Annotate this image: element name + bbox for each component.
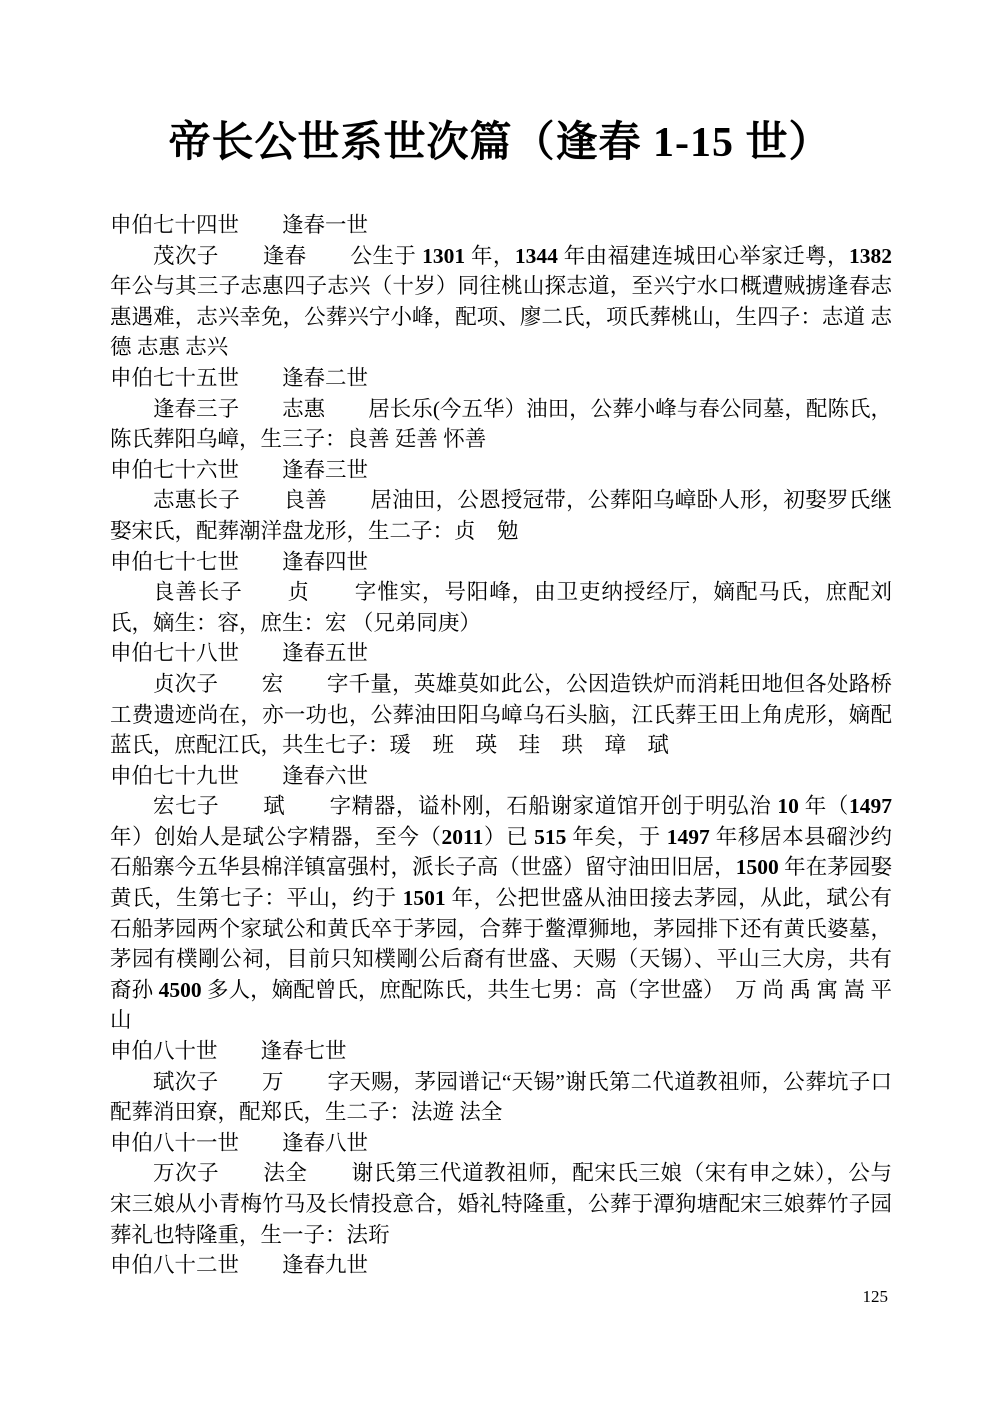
generation-entry: 逢春三子 志惠 居长乐(今五华）油田，公葬小峰与春公同墓，配陈氏，陈氏葬阳乌嶂，… bbox=[110, 394, 892, 455]
generation-entry: 贞次子 宏 字千量，英雄莫如此公，公因造铁炉而消耗田地但各处路桥工费遗迹尚在，亦… bbox=[110, 669, 892, 761]
generation-entry: 志惠长子 良善 居油田，公恩授冠带，公葬阳乌嶂卧人形，初娶罗氏继娶宋氏，配葬潮洋… bbox=[110, 485, 892, 546]
generation-heading: 申伯八十二世 逢春九世 bbox=[110, 1250, 892, 1281]
generation-heading: 申伯七十九世 逢春六世 bbox=[110, 761, 892, 792]
generation-entry: 茂次子 逢春 公生于 1301 年，1344 年由福建连城田心举家迁粤，1382… bbox=[110, 241, 892, 363]
generation-heading: 申伯七十五世 逢春二世 bbox=[110, 363, 892, 394]
page-number: 125 bbox=[863, 1288, 889, 1305]
generation-entry: 宏七子 珷 字精器，谥朴刚，石船谢家道馆开创于明弘治 10 年（1497 年）创… bbox=[110, 791, 892, 1036]
generation-entry: 珷次子 万 字天赐，茅园谱记“天锡”谢氏第二代道教祖师，公葬坑子口配葬消田寮，配… bbox=[110, 1067, 892, 1128]
generation-heading: 申伯七十七世 逢春四世 bbox=[110, 547, 892, 578]
generation-heading: 申伯八十一世 逢春八世 bbox=[110, 1128, 892, 1159]
generation-heading: 申伯八十世 逢春七世 bbox=[110, 1036, 892, 1067]
generation-heading: 申伯七十四世 逢春一世 bbox=[110, 210, 892, 241]
document-title: 帝长公世系世次篇（逢春 1-15 世） bbox=[0, 116, 1000, 171]
generation-entry: 万次子 法全 谢氏第三代道教祖师，配宋氏三娘（宋有申之妹），公与宋三娘从小青梅竹… bbox=[110, 1158, 892, 1250]
generation-heading: 申伯七十六世 逢春三世 bbox=[110, 455, 892, 486]
document-content: 申伯七十四世 逢春一世 茂次子 逢春 公生于 1301 年，1344 年由福建连… bbox=[110, 210, 892, 1281]
document-page: 帝长公世系世次篇（逢春 1-15 世） 申伯七十四世 逢春一世 茂次子 逢春 公… bbox=[0, 0, 1000, 1412]
generation-entry: 良善长子 贞 字惟实，号阳峰，由卫吏纳授经厅，嫡配马氏，庶配刘氏，嫡生：容，庶生… bbox=[110, 577, 892, 638]
generation-heading: 申伯七十八世 逢春五世 bbox=[110, 638, 892, 669]
